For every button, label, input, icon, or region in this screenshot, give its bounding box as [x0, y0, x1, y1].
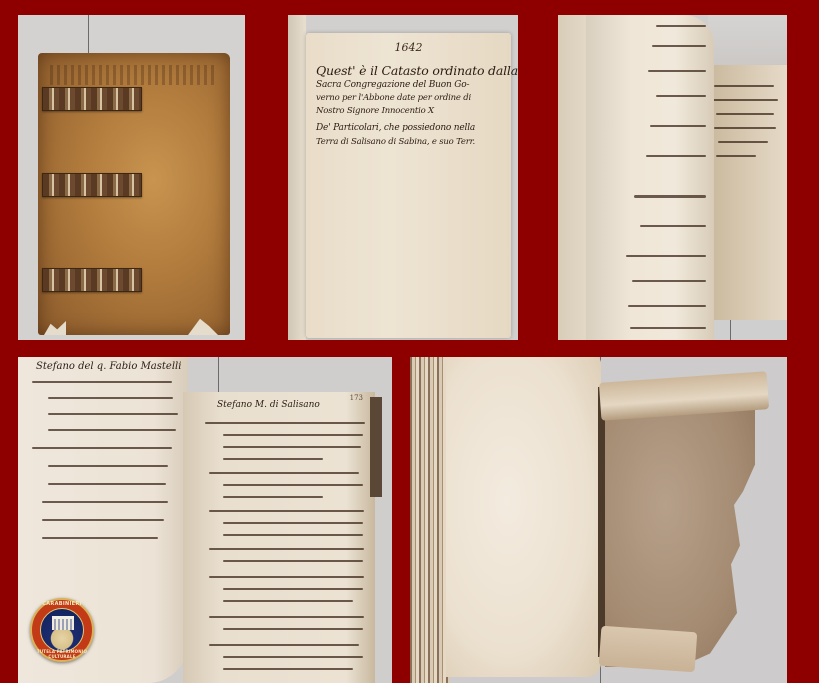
badge-top-text: CARABINIERI — [32, 601, 92, 607]
script-line — [223, 628, 363, 630]
script-line — [626, 255, 706, 257]
script-line — [223, 534, 363, 536]
script-line — [628, 305, 706, 307]
page-stack-edge — [288, 15, 306, 340]
script-line — [656, 25, 706, 27]
script-line — [634, 195, 706, 198]
script-line — [223, 496, 323, 498]
binding-edge — [370, 397, 382, 497]
script-line — [223, 522, 363, 524]
title-line-5: De' Particolari, che possiedono nella — [316, 123, 506, 133]
torn-corner — [44, 321, 66, 335]
leather-strap-middle — [42, 173, 142, 197]
script-line — [223, 484, 363, 486]
script-line — [632, 280, 706, 282]
script-line — [209, 510, 364, 512]
leather-strap-top — [42, 87, 142, 111]
wall-seam — [218, 357, 219, 395]
script-line — [48, 465, 168, 467]
badge-emblem — [40, 608, 84, 652]
script-line — [223, 446, 361, 448]
page-number: 173 — [350, 394, 363, 402]
damaged-inner-board — [605, 397, 755, 667]
script-line — [223, 668, 353, 670]
parchment-cover — [38, 53, 230, 335]
badge-bottom-text: TUTELA PATRIMONIO CULTURALE — [32, 649, 92, 659]
photo-title-page: 1642 Quest' è il Catasto ordinato dalla … — [288, 15, 518, 340]
script-line — [209, 576, 364, 578]
script-line — [223, 588, 363, 590]
script-line — [48, 397, 173, 399]
title-line-1: Quest' è il Catasto ordinato dalla — [316, 63, 506, 78]
carabinieri-badge-logo: CARABINIERI TUTELA PATRIMONIO CULTURALE — [30, 598, 94, 662]
photo-book-cover — [18, 15, 245, 340]
script-line — [32, 447, 172, 449]
blank-leaf — [446, 357, 601, 677]
script-line — [205, 422, 365, 424]
script-line — [630, 327, 706, 329]
title-line-6: Terra di Salisano di Sabina, e suo Terr. — [316, 137, 506, 147]
right-page: Stefano M. di Salisano 173 — [183, 392, 375, 683]
title-page: 1642 Quest' è il Catasto ordinato dalla … — [306, 33, 511, 338]
script-line — [209, 644, 359, 646]
script-line — [48, 429, 176, 431]
script-line — [223, 560, 363, 562]
script-line — [714, 127, 776, 129]
script-line — [209, 616, 364, 618]
script-line — [640, 225, 706, 227]
script-line — [48, 413, 178, 415]
photo-damaged-board — [410, 357, 787, 683]
script-line — [223, 434, 363, 436]
title-line-3: verno per l'Abbone date per ordine di — [316, 93, 506, 103]
left-page-heading: Stefano del q. Fabio Mastelli — [36, 361, 181, 372]
spine — [598, 387, 606, 657]
script-line — [42, 537, 158, 539]
script-line — [718, 141, 768, 143]
photo-curled-pages — [558, 15, 787, 340]
script-line — [646, 155, 706, 157]
right-page-heading: Stefano M. di Salisano — [217, 400, 320, 410]
curled-leaf — [586, 15, 714, 340]
script-line — [223, 600, 353, 602]
right-leaf — [708, 65, 787, 320]
script-line — [712, 99, 778, 101]
temple-icon — [52, 616, 74, 630]
script-line — [42, 501, 168, 503]
script-line — [209, 472, 359, 474]
script-line — [650, 125, 706, 127]
script-line — [652, 45, 706, 47]
script-line — [209, 548, 364, 550]
cover-inscription — [50, 65, 218, 85]
title-page-year: 1642 — [306, 41, 511, 54]
script-line — [648, 70, 706, 72]
page-stack — [410, 357, 450, 683]
title-line-4: Nostro Signore Innocentio X — [316, 106, 506, 116]
parchment-flap-bottom — [599, 626, 698, 673]
script-line — [656, 95, 706, 97]
torn-edge — [188, 317, 218, 335]
script-line — [48, 483, 166, 485]
title-line-2: Sacra Congregazione del Buon Go- — [316, 80, 506, 90]
script-line — [42, 519, 164, 521]
script-line — [714, 85, 774, 87]
script-line — [223, 458, 323, 460]
leather-strap-bottom — [42, 268, 142, 292]
script-line — [716, 155, 756, 157]
script-line — [223, 656, 363, 658]
script-line — [32, 381, 172, 383]
script-line — [716, 113, 774, 115]
wall-seam — [730, 320, 731, 340]
